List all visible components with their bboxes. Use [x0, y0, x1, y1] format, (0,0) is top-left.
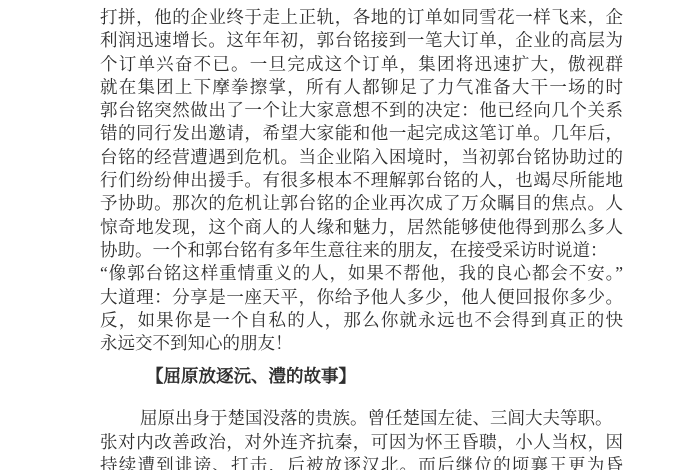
story-text-block: 打拼，他的企业终于走上正轨，各地的订单如同雪花一样飞来，企业 利润迅速增长。这年… — [100, 6, 623, 470]
text-line: 打拼，他的企业终于走上正轨，各地的订单如同雪花一样飞来，企业 — [100, 6, 623, 29]
text-line: 错的同行发出邀请，希望大家能和他一起完成这笔订单。几年后，郭 — [100, 122, 623, 145]
text-line: 反，如果你是一个自私的人，那么你就永远也不会得到真正的快乐， — [100, 309, 623, 332]
text-line: 永远交不到知心的朋友！ — [100, 332, 623, 355]
text-line: 行们纷纷伸出援手。有很多根本不理解郭台铭的人，也竭尽所能地给 — [100, 169, 623, 192]
text-line-quote: “像郭台铭这样重情重义的人，如果不帮他，我的良心都会不安。” — [100, 262, 623, 285]
text-line: 协助。一个和郭台铭有多年生意往来的朋友，在接受采访时说道： — [100, 239, 623, 262]
text-line: 个订单兴奋不已。一旦完成这个订单，集团将迅速扩大，傲视群雄。 — [100, 53, 623, 76]
text-line: 予协助。那次的危机让郭台铭的企业再次成了万众瞩目的焦点。人们 — [100, 192, 623, 215]
paragraph-guo-taiming-story: 打拼，他的企业终于走上正轨，各地的订单如同雪花一样飞来，企业 利润迅速增长。这年… — [100, 6, 623, 355]
text-line: 惊奇地发现，这个商人的人缘和魅力，居然能够使他得到那么多人的 — [100, 216, 623, 239]
text-line: 屈原出身于楚国没落的贵族。曾任楚国左徒、三闾大夫等职。主 — [100, 407, 623, 430]
text-line: 持续遭到诽谤、打击，后被放逐汉北。而后继位的顷襄王更为昏庸， — [100, 454, 623, 470]
text-line: 张对内改善政治，对外连齐抗秦，可因为怀王昏聩，小人当权，因而 — [100, 431, 623, 454]
text-line: 利润迅速增长。这年年初，郭台铭接到一笔大订单，企业的高层为这 — [100, 29, 623, 52]
text-line: 郭台铭突然做出了一个让大家意想不到的决定：他已经向几个关系不 — [100, 99, 623, 122]
text-line: 大道理：分享是一座天平，你给予他人多少，他人便回报你多少。相 — [100, 286, 623, 309]
text-line: 就在集团上下摩拳擦掌，所有人都铆足了力气准备大干一场的时候， — [100, 76, 623, 99]
text-line: 台铭的经营遭遇到危机。当企业陷入困境时，当初郭台铭协助过的同 — [100, 146, 623, 169]
paragraph-qu-yuan-story: 屈原出身于楚国没落的贵族。曾任楚国左徒、三闾大夫等职。主 张对内改善政治，对外连… — [100, 407, 623, 470]
section-heading: 【屈原放逐沅、澧的故事】 — [100, 365, 623, 388]
document-page: 打拼，他的企业终于走上正轨，各地的订单如同雪花一样飞来，企业 利润迅速增长。这年… — [0, 0, 700, 470]
